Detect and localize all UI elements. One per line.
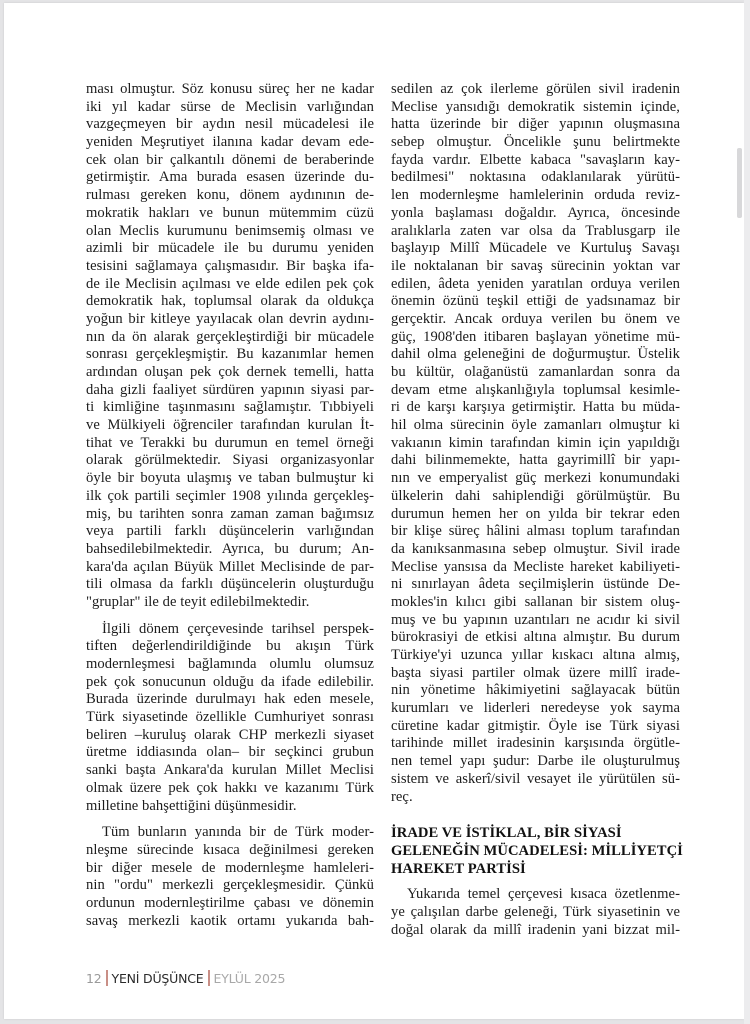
text-line: getirmiştir. Ama burada esasen üzerinde … [86, 169, 374, 187]
page-number: 12 [86, 971, 102, 986]
text-line: milletine bahşettiğini düşünmesidir. [86, 798, 374, 816]
scrollbar-track[interactable] [744, 0, 750, 1024]
text-line: İlgili dönem çerçevesinde tarihsel persp… [86, 621, 374, 639]
text-line: olarak görülmektedir. Siyasi organizasyo… [86, 452, 374, 470]
text-line: ile noktalanan bir savaş sürecinin yokta… [391, 258, 680, 276]
text-line: olmak üzere pek çok hakkı ve kazanımı Tü… [86, 780, 374, 798]
text-line: fayda vardır. Elbette kabaca "savaşların… [391, 152, 680, 170]
text-line: miş, bu tarihten sonra zaman zaman bağım… [86, 506, 374, 524]
issue-date: EYLÜL 2025 [214, 971, 286, 986]
text-line: sedilen az çok ilerleme görülen sivil ir… [391, 81, 680, 99]
text-line: İRADE VE İSTİKLAL, BİR SİYASİ [391, 824, 680, 842]
text-line: ülkelerin dahi sahiplendiği görülmüştür.… [391, 488, 680, 506]
text-line: Yukarıda temel çerçevesi kısaca özetlenm… [391, 886, 680, 904]
text-line: ti kimliğine taşınmasını sağlamıştır. Tı… [86, 399, 374, 417]
text-line: hil olma sürecinin öyle zamanları olmuşt… [391, 417, 680, 435]
paragraph-spacer [86, 612, 374, 621]
right-text-column: sedilen az çok ilerleme görülen sivil ir… [391, 81, 680, 939]
text-line: da kanıksanmasına sebep olmuştur. Sivil … [391, 541, 680, 559]
text-line: vakıanın kimin tarafından kimin için yap… [391, 435, 680, 453]
text-line: veya partili farklı düşüncelerin varlığı… [86, 523, 374, 541]
text-line: olan Meclis kurumunu benimsemiş olması v… [86, 223, 374, 241]
paragraph: Yukarıda temel çerçevesi kısaca özetlenm… [391, 886, 680, 939]
document-page: ması olmuştur. Söz konusu süreç her ne k… [4, 3, 744, 1019]
text-line: başlayıp Millî Mücadele ve Kurtuluş Sava… [391, 240, 680, 258]
text-line: modernleşmesi bağlamında olumlu olumsuz [86, 656, 374, 674]
text-line: mokles'in kılıcı gibi sallanan bir siste… [391, 594, 680, 612]
footer-separator [106, 970, 108, 986]
text-line: bürokrasiyi de etkisi altına almıştır. B… [391, 629, 680, 647]
text-line: üretme iddiasında olan– bir seçkinci gru… [86, 744, 374, 762]
text-line: ilk çok partili seçimler 1908 yılında ge… [86, 488, 374, 506]
text-line: başta siyasi partiler olmak üzere millî … [391, 665, 680, 683]
text-line: Türk siyasetinde özellikle Cumhuriyet so… [86, 709, 374, 727]
text-line: beliren –kuruluş olarak CHP merkezli siy… [86, 727, 374, 745]
text-line: bu kültür, olağanüstü zamanlardan sonra … [391, 364, 680, 382]
text-line: gerçektir. Ancak orduya verilen bu önem … [391, 311, 680, 329]
magazine-title: YENİ DÜŞÜNCE [112, 971, 204, 986]
text-line: dahil olma geleneğini de doğurmuştur. Üs… [391, 346, 680, 364]
text-line: demokratik hak, toplumsal olarak da oldu… [86, 293, 374, 311]
text-line: tarihinde millet iradesinin karşısında ö… [391, 735, 680, 753]
text-line: ması olmuştur. Söz konusu süreç her ne k… [86, 81, 374, 99]
text-line: nin yönetime hâkimiyetini sağlayacak büt… [391, 682, 680, 700]
paragraph: sedilen az çok ilerleme görülen sivil ir… [391, 81, 680, 806]
text-line: ni sınırlayan âdeta seçilmişlerin üstünd… [391, 576, 680, 594]
text-line: tiften değerlendirildiğinde bu akışın Tü… [86, 638, 374, 656]
text-line: yoğun bir kitleye yayılacak olan devrin … [86, 311, 374, 329]
text-line: ardından oluşan pek çok dernek temelli, … [86, 364, 374, 382]
text-line: cüretine kadar gitmiştir. Öyle ise Türk … [391, 718, 680, 736]
text-line: nın da ön alarak gerçekleştirdiği bir mü… [86, 329, 374, 347]
text-line: nin "ordu" merkezli gerçekleşmesidir. Çü… [86, 877, 374, 895]
text-line: tihat ve Terakki bu durumun en temel örn… [86, 435, 374, 453]
page-footer: 12 YENİ DÜŞÜNCE EYLÜL 2025 [86, 970, 285, 986]
text-line: öyle bir boyuta ulaşmış ve taban bulmuşt… [86, 470, 374, 488]
text-line: azimli bir mücadele ile bu durumu yenide… [86, 240, 374, 258]
text-line: len modernleşme hamlelerinin orduda revi… [391, 187, 680, 205]
text-line: daha gizli faaliyet sürdüren yapının siy… [86, 382, 374, 400]
text-line: kara'da açılan Büyük Millet Meclisinde d… [86, 559, 374, 577]
text-line: sonrası gerçekleşmiştir. Bu kazanımlar h… [86, 346, 374, 364]
text-line: Meclise yansıdığı demokratik sistemin iç… [391, 99, 680, 117]
text-line: yonla başlaması doğaldır. Ayrıca, öncesi… [391, 205, 680, 223]
text-line: vazgeçmeyen bir aydın nesil mücadelesi i… [86, 116, 374, 134]
text-line: önemin özünü teşkil ettiği de yadsınamaz… [391, 293, 680, 311]
text-line: HAREKET PARTİSİ [391, 860, 680, 878]
text-line: Burada üzerinde durulmayı hak eden mesel… [86, 691, 374, 709]
text-line: nleşme sürecinde kısaca değinilmesi gere… [86, 842, 374, 860]
text-line: durumun hemen her on yılda bir tekrar ed… [391, 506, 680, 524]
text-line: kurumları ve liderleri neredeyse yok say… [391, 700, 680, 718]
text-line: Tüm bunların yanında bir de Türk moder- [86, 824, 374, 842]
text-line: GELENEĞİN MÜCADELESİ: MİLLİYETÇİ [391, 842, 680, 860]
paragraph: İlgili dönem çerçevesinde tarihsel persp… [86, 621, 374, 816]
paragraph-spacer [391, 806, 680, 824]
text-line: bir diğer mesele de modernleşme hamleler… [86, 860, 374, 878]
text-line: ye çalışılan darbe geleneği, Türk siyase… [391, 904, 680, 922]
text-line: aralıklarla zaten var olsa da Trablusgar… [391, 223, 680, 241]
left-text-column: ması olmuştur. Söz konusu süreç her ne k… [86, 81, 374, 930]
text-line: sebep olmuştur. Öncelikle şunu belirtmek… [391, 134, 680, 152]
text-line: bedilmesi" noktasına odaklanılarak yürüt… [391, 169, 680, 187]
paragraph-spacer [86, 815, 374, 824]
paragraph-spacer [391, 878, 680, 886]
text-line: devam etme alışkanlığıyla toplumsal kesi… [391, 382, 680, 400]
text-line: sanki başta Ankara'da kurulan Millet Mec… [86, 762, 374, 780]
text-line: muş ve bu yapının uzantıları ne acıdır k… [391, 612, 680, 630]
text-line: güç, 1908'den itibaren başlayan yönetime… [391, 329, 680, 347]
scrollbar-thumb[interactable] [737, 148, 742, 218]
text-line: sistem ve askerî/sivil vesayet ile yürüt… [391, 771, 680, 789]
text-line: tili olmasa da farklı düşüncelerin oluşt… [86, 576, 374, 594]
paragraph: Tüm bunların yanında bir de Türk moder-n… [86, 824, 374, 930]
footer-separator [208, 970, 210, 986]
text-line: pek çok sonucunun olduğu da ifade edileb… [86, 674, 374, 692]
text-line: de ile Meclisin açılması ve elde edilen … [86, 276, 374, 294]
text-line: dahi bilinmemekte, hatta gayrimillî bir … [391, 452, 680, 470]
text-line: savaş merkezli kaotik ortamı yukarıda ba… [86, 913, 374, 931]
text-line: Türkiye'yi uzunca yıllar kıskacı altına … [391, 647, 680, 665]
text-line: reç. [391, 789, 680, 807]
text-line: "gruplar" ile de teyit edilebilmektedir. [86, 594, 374, 612]
text-line: doğal olarak da millî iradenin yani bizz… [391, 922, 680, 940]
text-line: ordunun modernleştirilme çabası ve dönem… [86, 895, 374, 913]
text-line: ve Mülkiyeli öğrenciler tarafından kurul… [86, 417, 374, 435]
text-line: nen temel yapı şudur: Darbe ile oluşturu… [391, 753, 680, 771]
text-line: yeniden Meşrutiyet ilanına kadar devam e… [86, 134, 374, 152]
text-line: Meclise yansısa da Mecliste hareket kabi… [391, 559, 680, 577]
section-heading: İRADE VE İSTİKLAL, BİR SİYASİGELENEĞİN M… [391, 824, 680, 878]
text-line: hatta üzerinde bir diğer yapının oluşmas… [391, 116, 680, 134]
text-line: iki yıl kadar sürse de Meclisin varlığın… [86, 99, 374, 117]
text-line: ri de karşı karşıya getirmiştir. Hatta b… [391, 399, 680, 417]
text-line: bir klişe süreç hâlini alması toplum tar… [391, 523, 680, 541]
text-line: rulması gereken konu, dönem aydınının de… [86, 187, 374, 205]
text-line: edilen, âdeta yeniden yaratılan orduya v… [391, 276, 680, 294]
text-line: mokratik hakları ve bunun mütemmim cüzü [86, 205, 374, 223]
text-line: nın ve emperyalist güç merkezi konumunda… [391, 470, 680, 488]
paragraph: ması olmuştur. Söz konusu süreç her ne k… [86, 81, 374, 612]
text-line: cek olan bir çalkantılı dönemi de berabe… [86, 152, 374, 170]
text-line: bahsedilebilmektedir. Ayrıca, bu durum; … [86, 541, 374, 559]
text-line: tesisini sağlamaya çalışmasıdır. Bir baş… [86, 258, 374, 276]
